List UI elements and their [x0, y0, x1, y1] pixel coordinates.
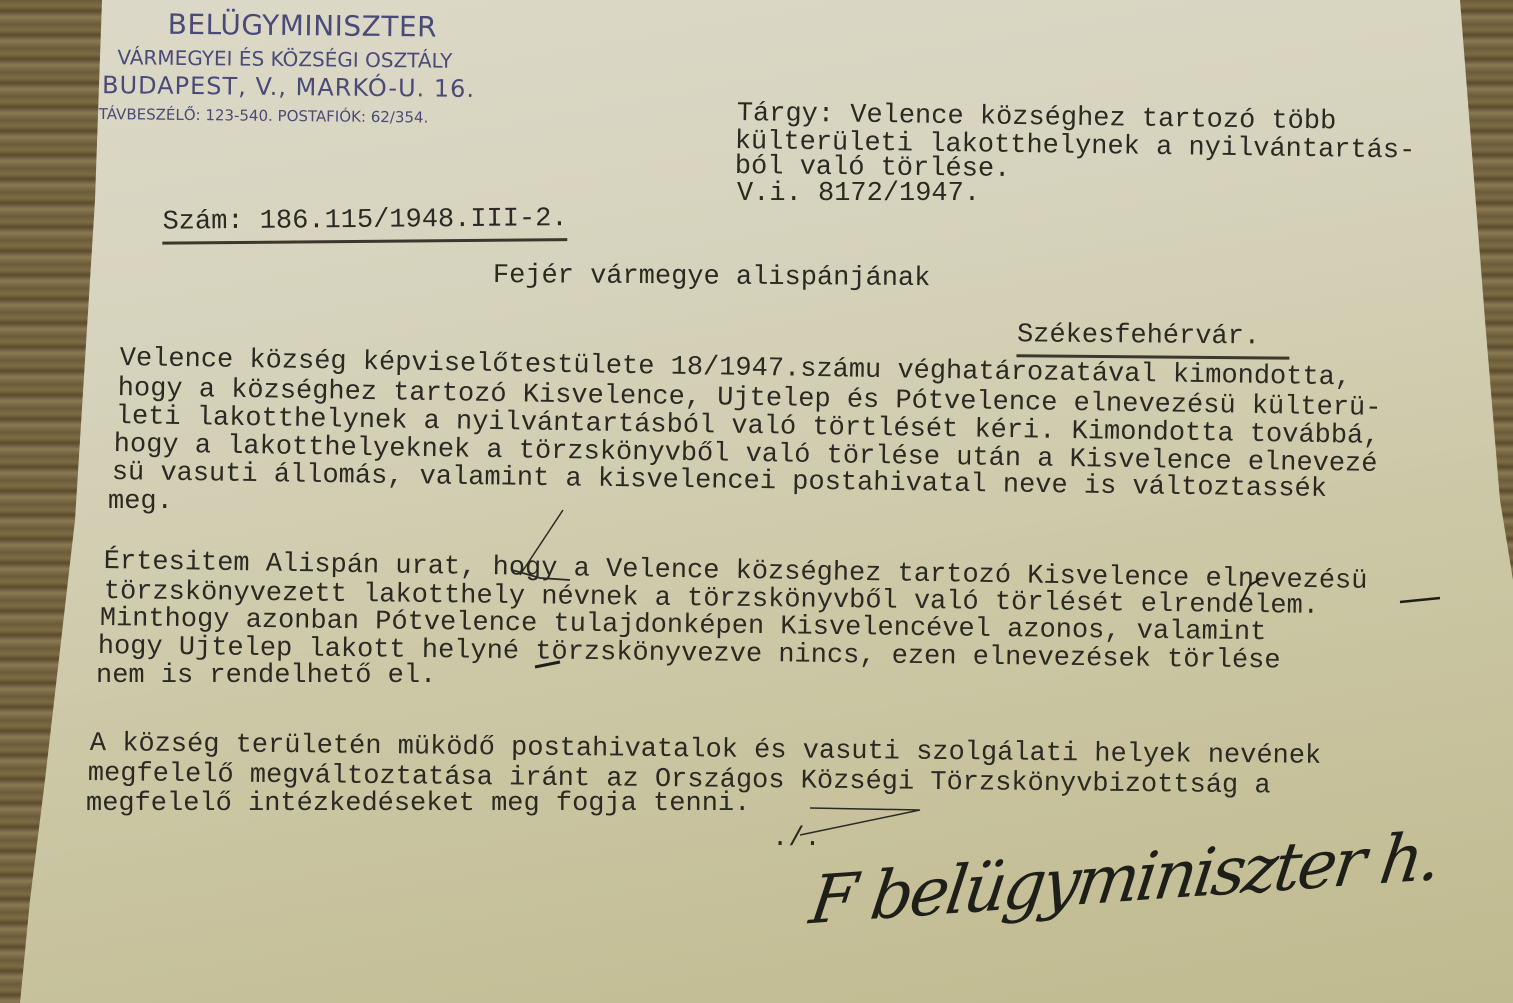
addressee-name: Fejér vármegye alispánjának: [493, 262, 931, 294]
subject-line: V.i. 8172/1947.: [737, 180, 980, 209]
letterhead-address: BUDAPEST, V., MARKÓ-U. 16.: [102, 71, 475, 103]
body-line: meg.: [108, 488, 173, 517]
letterhead-ministry: BELÜGYMINISZTER: [168, 8, 438, 44]
addressee-city: Székesfehérvár.: [1017, 320, 1290, 359]
letterhead-department: VÁRMEGYEI ÉS KÖZSÉGI OSZTÁLY: [117, 45, 452, 73]
enclosure-mark: ./.: [772, 825, 821, 854]
body-line: megfelelő intézkedéseket meg fogja tenni…: [86, 790, 750, 819]
body-line: nem is rendelhető el.: [96, 662, 436, 691]
reference-number-block: Szám: 186.115/1948.III-2.: [130, 176, 568, 238]
addressee-city-block: Székesfehérvár.: [984, 292, 1290, 353]
letterhead-contact: TÁVBESZÉLŐ: 123-540. POSTAFIÓK: 62/354.: [99, 105, 429, 126]
reference-number: Szám: 186.115/1948.III-2.: [162, 204, 567, 245]
